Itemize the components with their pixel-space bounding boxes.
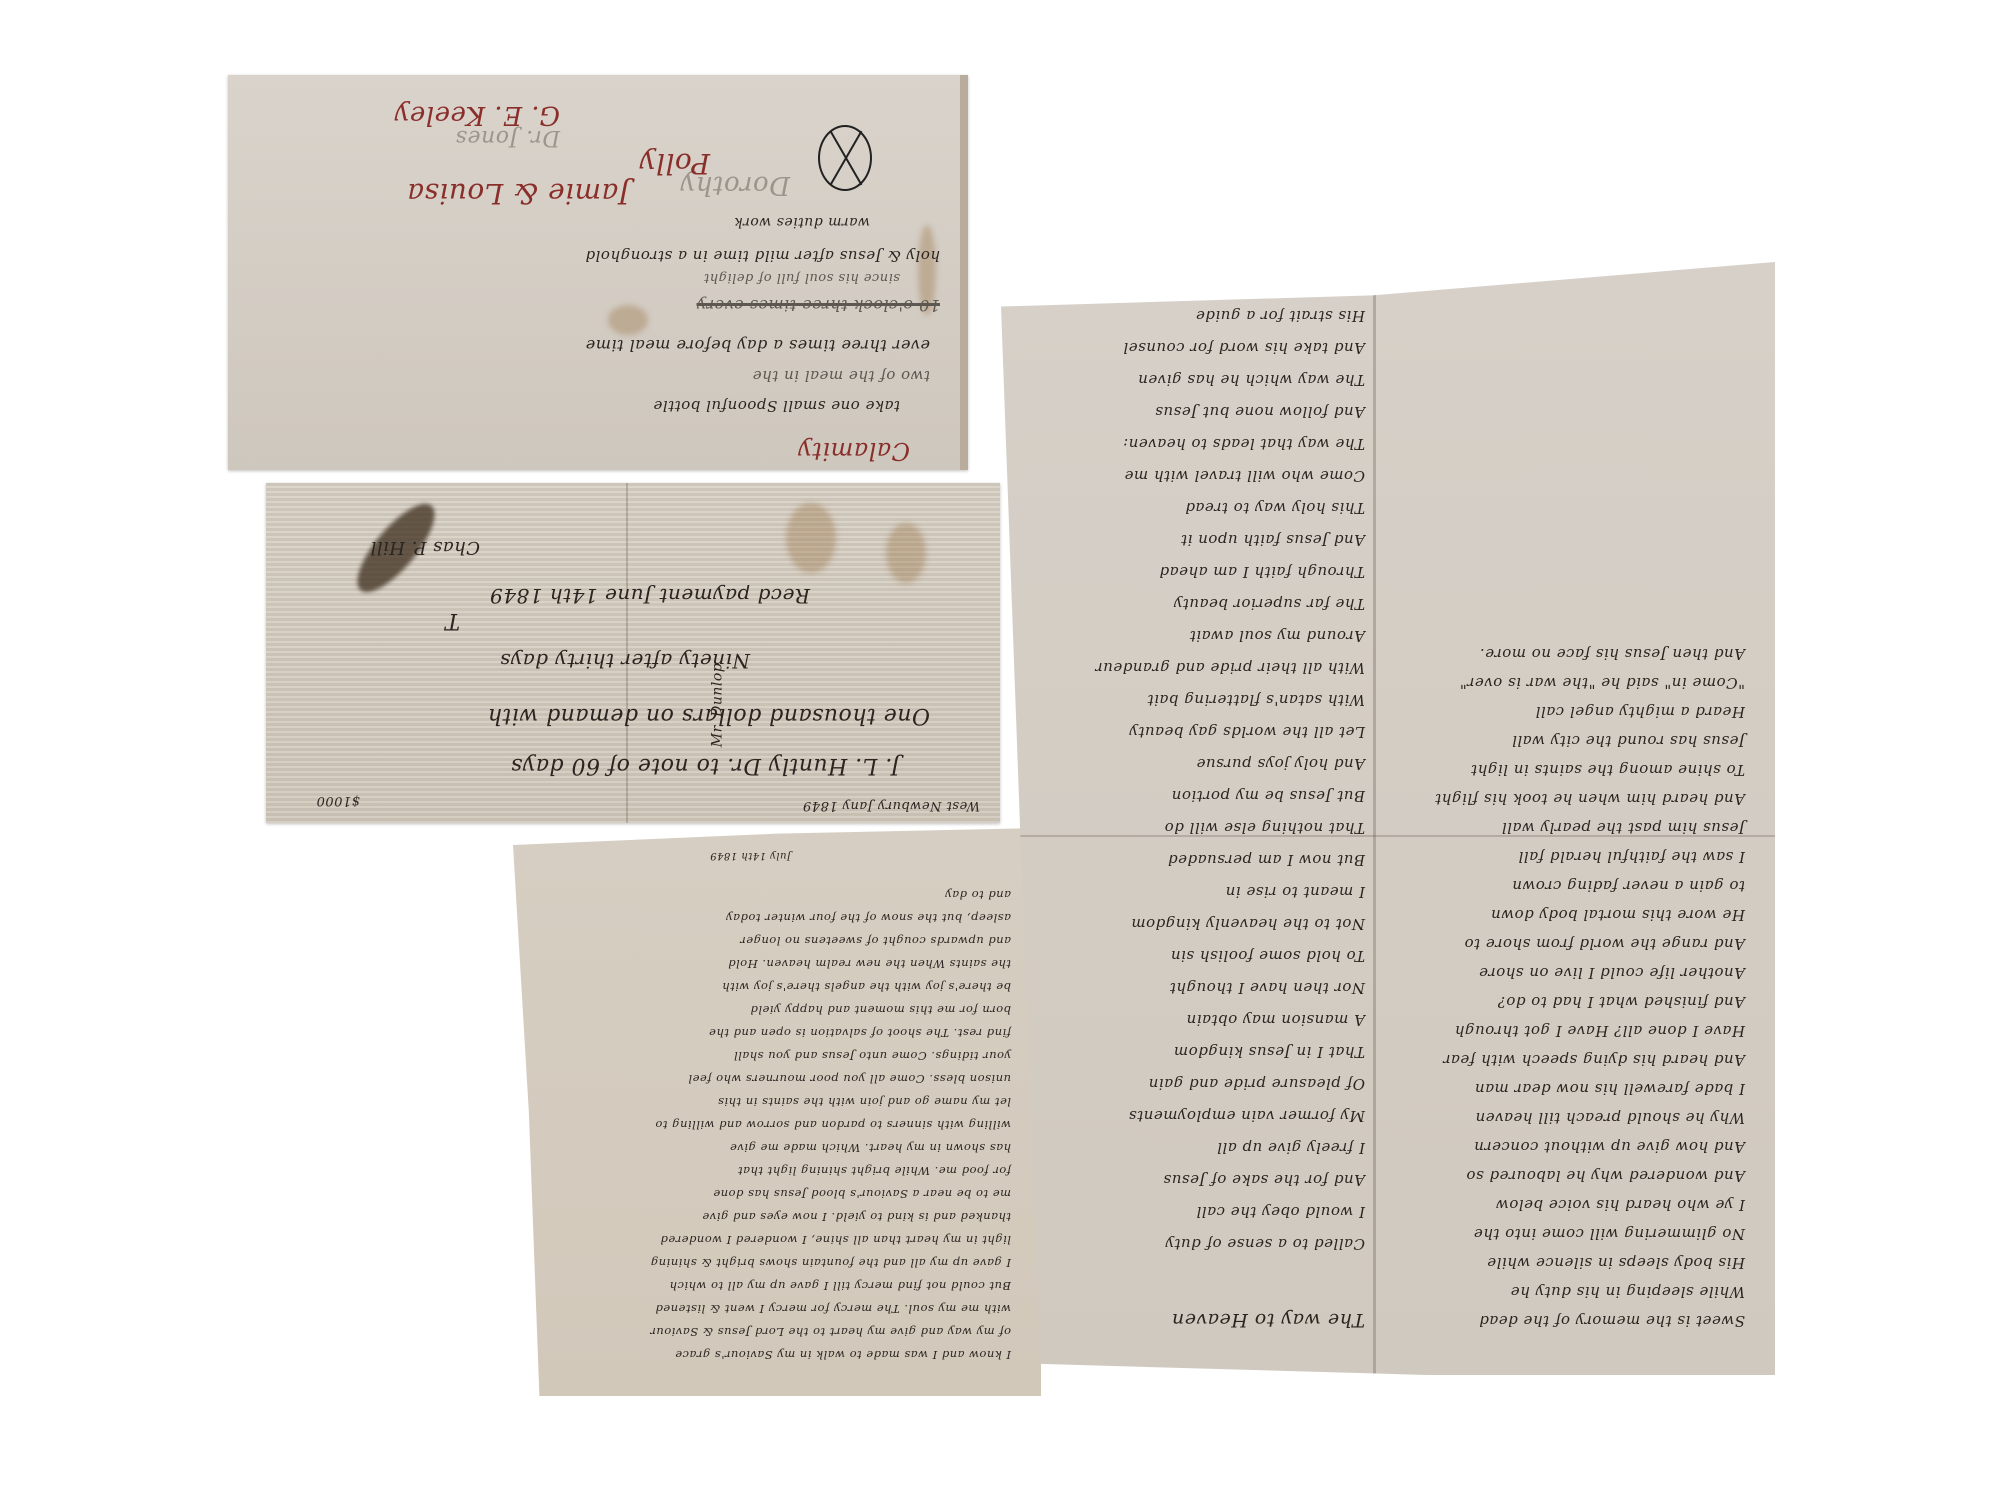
poem-line: I would obey the call	[1015, 1196, 1365, 1228]
red-ink-line: G. E. Keeley	[394, 100, 560, 130]
ink-line: ever three times a day before meal time	[585, 336, 930, 355]
poem-line: His body sleeps in silence while	[1395, 1248, 1745, 1277]
poem-line: That nothing else will do	[1015, 812, 1365, 844]
ink-line: warm duties work	[734, 214, 870, 230]
poem-line: I bade farewell his now dear man	[1395, 1074, 1745, 1103]
ink-line: One thousand dollars on demand with	[487, 703, 930, 728]
letter-line: I gave up my all and the fountain shows …	[553, 1251, 1011, 1274]
poem-line: His strait for a guide	[1015, 300, 1365, 332]
ink-line: T	[445, 608, 460, 633]
poem-line: And follow none but Jesus	[1015, 396, 1365, 428]
poem-line: Not to the heavenly kingdom	[1015, 908, 1365, 940]
letter-line: be there's joy with the angels there's j…	[553, 975, 1011, 998]
ink-line: J. L. Huntly Dr. to note of 60 days	[511, 753, 900, 778]
red-ink-line: Polly	[639, 147, 710, 180]
letter-line: your tidings. Come unto Jesus and you sh…	[553, 1044, 1011, 1067]
poem-title: The way to Heaven	[1015, 1300, 1365, 1340]
letter-line: of my way and give my heart to the Lord …	[553, 1320, 1011, 1343]
poem-line: Of pleasure pride and gain	[1015, 1068, 1365, 1100]
letter-line: asleep, but the snow of the four winter …	[553, 906, 1011, 929]
poem-line: And heard him when he took his flight	[1395, 784, 1745, 813]
poem-line: Why he should preach till heaven	[1395, 1103, 1745, 1132]
poem-line: And then Jesus his face no more.	[1395, 639, 1745, 668]
poem-line: No glimmering will come into the	[1395, 1219, 1745, 1248]
poem-line: Another life could I live on shore	[1395, 958, 1745, 987]
red-ink-line: Calamity	[798, 437, 910, 465]
amount-text: $1000	[316, 793, 360, 808]
letter-line: me to be near a Saviour's blood Jesus ha…	[553, 1182, 1011, 1205]
poem-line: I ye who heard his voice below	[1395, 1190, 1745, 1219]
signature: Chas P. Hill	[370, 537, 480, 558]
poem-line: But now I am persuaded	[1015, 844, 1365, 876]
poem-line: And take his word for counsel	[1015, 332, 1365, 364]
upside-down-text-block: Sweet is the memory of the dead While sl…	[1001, 262, 1775, 1375]
poem-line: A mansion may obtain	[1015, 1004, 1365, 1036]
poem-line: This holy way to tread	[1015, 492, 1365, 524]
poem-line: My former vain employments	[1015, 1100, 1365, 1132]
upside-down-text-block: West Newbury Jany 1849 $1000 J. L. Huntl…	[266, 483, 1000, 823]
upside-down-text-block: I know and I was made to walk in my Savi…	[513, 828, 1041, 1396]
poem-line: Nor then have I thought	[1015, 972, 1365, 1004]
letter-line: for food me. While bright shining light …	[553, 1159, 1011, 1182]
poem-line: With satan's flattering bait	[1015, 684, 1365, 716]
letter-line: light in my heart than all shine, I wond…	[553, 1228, 1011, 1251]
poem-line: I meant to rise in	[1015, 876, 1365, 908]
poem-line: While sleeping in his duty he	[1395, 1277, 1745, 1306]
letter-line: willing with sinners to pardon and sorro…	[553, 1113, 1011, 1136]
poem-line: To shine among the saints in light	[1395, 755, 1745, 784]
pencil-line: two of the meal in the	[752, 367, 930, 385]
letter-line: and to day	[553, 883, 1011, 906]
ink-line: holy & Jesus after mild time in a strong…	[585, 247, 940, 265]
poem-line: Jesus has round the city wall	[1395, 726, 1745, 755]
poem-line: The way which he has given	[1015, 364, 1365, 396]
poem-line: And how give up without concern	[1395, 1132, 1745, 1161]
ink-line: take one small Spoonful bottle	[653, 397, 900, 415]
poem-line: He wore this mortal body down	[1395, 900, 1745, 929]
poem-line: Let all the worlds gay beauty	[1015, 716, 1365, 748]
pencil-line: since his soul full of delight	[704, 270, 900, 285]
poem-line: to gain a never fading crown	[1395, 871, 1745, 900]
poem-line: To hold some foolish sin	[1015, 940, 1365, 972]
paper-note-prescription: Calamity take one small Spoonful bottle …	[228, 75, 968, 470]
letter-line: has shown in my heart. Which made me giv…	[553, 1136, 1011, 1159]
poem-line: With all their pride and grandeur	[1015, 652, 1365, 684]
wheel-sketch-icon	[818, 125, 872, 191]
letter-body: I know and I was made to walk in my Savi…	[553, 883, 1011, 1366]
poem-line: And range the world from shore to	[1395, 929, 1745, 958]
poem-line: Jesus him past the pearly wall	[1395, 813, 1745, 842]
paper-letter: I know and I was made to walk in my Savi…	[513, 828, 1041, 1396]
letter-line: the saints When the new realm heaven. Ho…	[553, 952, 1011, 975]
paper-promissory-note: West Newbury Jany 1849 $1000 J. L. Huntl…	[266, 483, 1000, 823]
poem-line: But Jesus be my portion	[1015, 780, 1365, 812]
poem-line: Around my soul await	[1015, 620, 1365, 652]
vertical-note: Mr. Dunlop	[710, 663, 726, 748]
poem-line: And finished what I had to do?	[1395, 987, 1745, 1016]
letter-line: with me my soul. The mercy for mercy I w…	[553, 1297, 1011, 1320]
poem-line: "Come in" said he "the war is over"	[1395, 668, 1745, 697]
letter-line: I know and I was made to walk in my Savi…	[553, 1343, 1011, 1366]
poem-line: And wondered why he laboured so	[1395, 1161, 1745, 1190]
poem-line: Come who will travel with me	[1015, 460, 1365, 492]
red-ink-line: Jamie & Louisa	[407, 177, 630, 210]
letter-date: July 14th 1849	[710, 850, 791, 861]
poem-line: I saw the faithful herald fall	[1395, 842, 1745, 871]
ink-line: West Newbury Jany 1849	[803, 798, 981, 813]
letter-line: born for me this moment and happy yield	[553, 998, 1011, 1021]
poem-column-left: The way to Heaven Called to a sense of d…	[1015, 300, 1365, 1340]
poem-line: And holy joys pursue	[1015, 748, 1365, 780]
letter-line: But could not find mercy till I gave up …	[553, 1274, 1011, 1297]
letter-line: unison bless. Come all you poor mourners…	[553, 1067, 1011, 1090]
poem-column-right: Sweet is the memory of the dead While sl…	[1395, 639, 1745, 1335]
poem-line: The way that leads to heaven:	[1015, 428, 1365, 460]
letter-line: and upwards cought of sweetens no longer	[553, 929, 1011, 952]
poem-line: The far superior beauty	[1015, 588, 1365, 620]
struck-line: 10 o'clock three times every	[697, 296, 940, 315]
poem-line: That I in Jesus kingdom	[1015, 1036, 1365, 1068]
poem-line: Have I done all? Have I got through	[1395, 1016, 1745, 1045]
spacer	[1015, 1260, 1365, 1300]
poem-line: Heard a mighty angel call	[1395, 697, 1745, 726]
poem-line: I freely give up all	[1015, 1132, 1365, 1164]
poem-line: And Jesus faith upon it	[1015, 524, 1365, 556]
paper-poem-the-way-to-heaven: Sweet is the memory of the dead While sl…	[1001, 262, 1775, 1375]
letter-line: thanked and is kind to yield. I now eyes…	[553, 1205, 1011, 1228]
receipt-line: Recd payment June 14th 1849	[490, 584, 810, 608]
poem-line: And heard his dying speech with fear	[1395, 1045, 1745, 1074]
poem-line: Called to a sense of duty	[1015, 1228, 1365, 1260]
letter-line: find rest. The shoot of salvation is ope…	[553, 1021, 1011, 1044]
letter-line: let my name go and join with the saints …	[553, 1090, 1011, 1113]
poem-line: Through faith I am ahead	[1015, 556, 1365, 588]
poem-line: Sweet is the memory of the dead	[1395, 1306, 1745, 1335]
poem-line: And for the sake of Jesus	[1015, 1164, 1365, 1196]
